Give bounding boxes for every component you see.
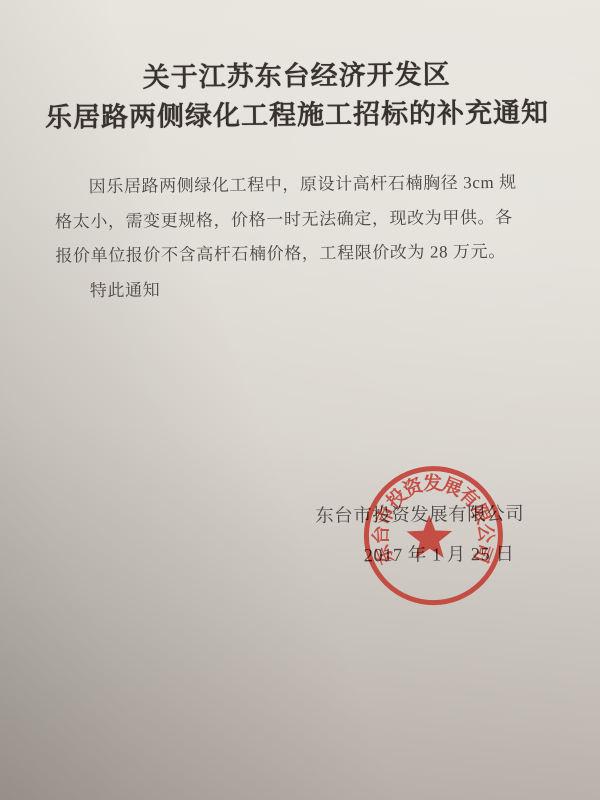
body-line-3: 报价单位报价不含高杆石楠价格，工程限价改为 28 万元。 <box>55 235 523 274</box>
body-line-2: 格太小，需变更规格，价格一时无法确定，现改为甲供。各 <box>55 200 523 239</box>
notice-body: 因乐居路两侧绿化工程中，原设计高杆石楠胸径 3cm 规 格太小，需变更规格，价格… <box>55 166 524 309</box>
document-photo: 关于江苏东台经济开发区 乐居路两侧绿化工程施工招标的补充通知 因乐居路两侧绿化工… <box>0 0 600 800</box>
body-line-1: 因乐居路两侧绿化工程中，原设计高杆石楠胸径 3cm 规 <box>55 166 523 205</box>
company-seal: 东台市投资发展有限公司 <box>353 455 515 617</box>
notice-title: 关于江苏东台经济开发区 乐居路两侧绿化工程施工招标的补充通知 <box>0 54 597 138</box>
title-line-1: 关于江苏东台经济开发区 <box>0 54 597 99</box>
title-line-2: 乐居路两侧绿化工程施工招标的补充通知 <box>0 93 597 138</box>
closing-line: 特此通知 <box>56 269 524 308</box>
notice-document: 关于江苏东台经济开发区 乐居路两侧绿化工程施工招标的补充通知 因乐居路两侧绿化工… <box>0 0 600 800</box>
star-icon <box>406 514 452 558</box>
